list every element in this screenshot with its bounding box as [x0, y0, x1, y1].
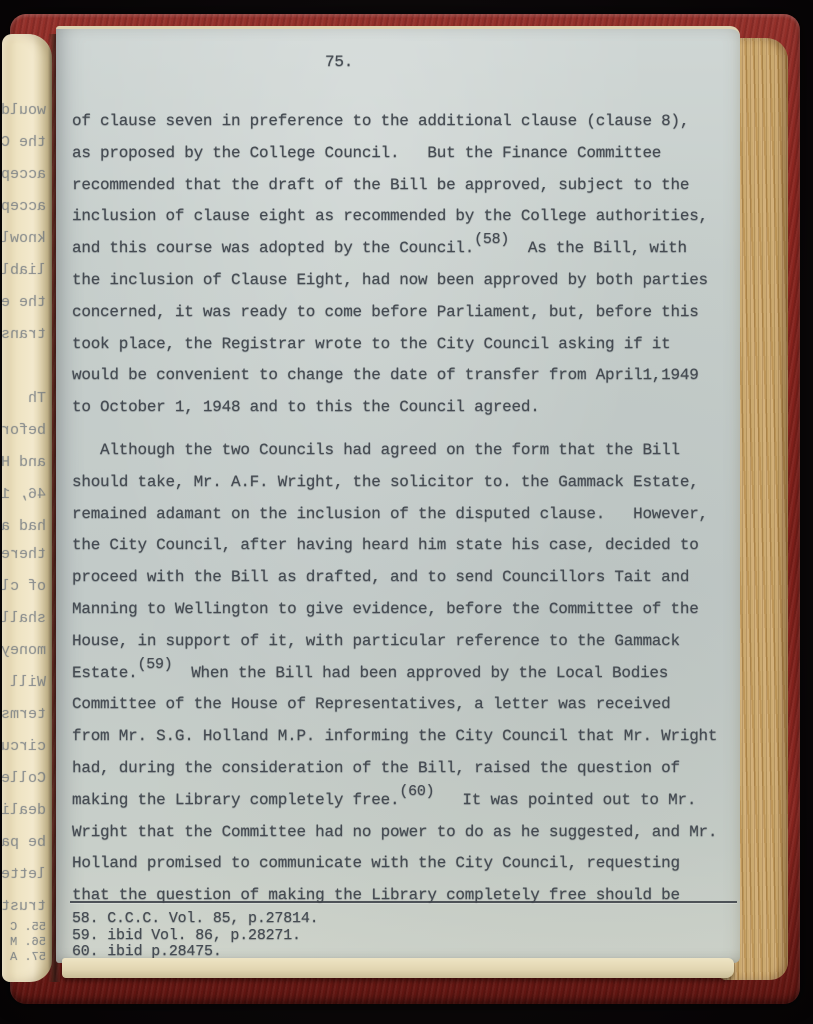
page-body: of clause seven in preference to the add… [72, 106, 736, 912]
text-line: inclusion of clause eight as recommended… [72, 201, 736, 233]
text-segment: from Mr. S.G. Holland M.P. informing the… [72, 727, 717, 745]
text-line: the City Council, after having heard him… [72, 530, 736, 562]
ghost-text-fragment: liabl [2, 262, 46, 279]
footnote-marker: (58) [474, 231, 509, 248]
text-line: proceed with the Bill as drafted, and to… [72, 562, 736, 594]
ghost-text-fragment: trans [2, 326, 46, 343]
ghost-text-fragment: 57. A [10, 950, 46, 964]
text-line: Committee of the House of Representative… [72, 689, 736, 721]
ghost-text-fragment: money [2, 642, 46, 659]
text-segment: remained adamant on the inclusion of the… [72, 505, 708, 523]
ghost-text-fragment: Will [10, 674, 46, 691]
text-segment: recommended that the draft of the Bill b… [72, 176, 689, 194]
text-segment: It was pointed out to Mr. [434, 791, 696, 809]
ghost-text-fragment: had a [2, 518, 46, 535]
paragraph: Although the two Councils had agreed on … [72, 435, 736, 912]
text-segment: would be convenient to change the date o… [72, 366, 699, 384]
text-line: Manning to Wellington to give evidence, … [72, 594, 736, 626]
text-line: and this course was adopted by the Counc… [72, 233, 736, 265]
ghost-text-fragment: 56. M [10, 935, 46, 949]
ghost-text-fragment: trust [2, 898, 46, 915]
ghost-text-fragment: the e [2, 294, 46, 311]
text-line: that the question of making the Library … [72, 880, 736, 912]
text-line: should take, Mr. A.F. Wright, the solici… [72, 467, 736, 499]
text-line: as proposed by the College Council. But … [72, 138, 736, 170]
text-line: Wright that the Committee had no power t… [72, 817, 736, 849]
text-segment: Manning to Wellington to give evidence, … [72, 600, 699, 618]
ghost-text-fragment: accep [2, 198, 46, 215]
text-segment: the City Council, after having heard him… [72, 536, 699, 554]
ghost-text-fragment: lette [2, 866, 46, 883]
ghost-text-fragment: the C [2, 134, 46, 151]
ghost-text-fragment: be pa [2, 834, 46, 851]
text-line: House, in support of it, with particular… [72, 626, 736, 658]
ghost-text-fragment: of cl [2, 578, 46, 595]
ghost-text-fragment: 46, 1 [2, 486, 46, 503]
footnote-marker: (59) [137, 656, 172, 673]
text-line: Although the two Councils had agreed on … [72, 435, 736, 467]
text-segment: making the Library completely free. [72, 791, 399, 809]
ghost-text-fragment: there [2, 546, 46, 563]
footnote-marker: (60) [399, 783, 434, 800]
text-segment: Holland promised to communicate with the… [72, 854, 680, 872]
text-segment: Estate. [72, 664, 137, 682]
previous-page: wouldthe Caccepaccepknowlliablthe etrans… [2, 34, 52, 982]
photo-background: wouldthe Caccepaccepknowlliablthe etrans… [0, 0, 813, 1024]
text-segment: the inclusion of Clause Eight, had now b… [72, 271, 708, 289]
text-line: making the Library completely free.(60) … [72, 785, 736, 817]
ghost-text-fragment: circu [2, 738, 46, 755]
text-line: remained adamant on the inclusion of the… [72, 499, 736, 531]
underlying-page-edge [62, 958, 734, 978]
ghost-text-fragment: shall [2, 610, 46, 627]
footnote: 58. C.C.C. Vol. 85, p.27814. [72, 911, 318, 928]
text-segment: took place, the Registrar wrote to the C… [72, 335, 671, 353]
text-segment: Although the two Councils had agreed on … [72, 441, 680, 459]
text-segment: Wright that the Committee had no power t… [72, 823, 717, 841]
text-segment: concerned, it was ready to come before P… [72, 303, 699, 321]
paragraph: of clause seven in preference to the add… [72, 106, 736, 424]
ghost-text-fragment: and H [2, 454, 46, 471]
text-segment: and this course was adopted by the Counc… [72, 239, 474, 257]
page: 75. of clause seven in preference to the… [56, 26, 740, 963]
text-line: Estate.(59) When the Bill had been appro… [72, 658, 736, 690]
text-line: Holland promised to communicate with the… [72, 848, 736, 880]
text-segment: As the Bill, with [509, 239, 687, 257]
text-line: recommended that the draft of the Bill b… [72, 170, 736, 202]
text-segment: Committee of the House of Representative… [72, 695, 671, 713]
ghost-text-fragment: 55. C [10, 920, 46, 934]
text-segment: inclusion of clause eight as recommended… [72, 207, 708, 225]
text-line: of clause seven in preference to the add… [72, 106, 736, 138]
ghost-text-fragment: Th [28, 390, 46, 407]
footnote: 59. ibid Vol. 86, p.28271. [72, 928, 318, 945]
text-line: took place, the Registrar wrote to the C… [72, 329, 736, 361]
footnotes: 58. C.C.C. Vol. 85, p.27814.59. ibid Vol… [72, 911, 318, 961]
ghost-text-fragment: knowl [2, 230, 46, 247]
text-line: the inclusion of Clause Eight, had now b… [72, 265, 736, 297]
text-segment: proceed with the Bill as drafted, and to… [72, 568, 689, 586]
text-segment: When the Bill had been approved by the L… [172, 664, 668, 682]
ghost-text-fragment: Colle [2, 770, 46, 787]
ghost-text-fragment: befor [2, 422, 46, 439]
text-segment: had, during the consideration of the Bil… [72, 759, 680, 777]
text-line: would be convenient to change the date o… [72, 360, 736, 392]
text-segment: House, in support of it, with particular… [72, 632, 680, 650]
footnote-rule [70, 901, 737, 903]
text-line: concerned, it was ready to come before P… [72, 297, 736, 329]
text-line: to October 1, 1948 and to this the Counc… [72, 392, 736, 424]
ghost-text-fragment: terms [2, 706, 46, 723]
text-segment: as proposed by the College Council. But … [72, 144, 661, 162]
ghost-text-fragment: would [2, 102, 46, 119]
text-segment: to October 1, 1948 and to this the Counc… [72, 398, 540, 416]
text-line: from Mr. S.G. Holland M.P. informing the… [72, 721, 736, 753]
ghost-text-fragment: deali [2, 802, 46, 819]
text-line: had, during the consideration of the Bil… [72, 753, 736, 785]
text-segment: of clause seven in preference to the add… [72, 112, 689, 130]
previous-page-text: wouldthe Caccepaccepknowlliablthe etrans… [2, 34, 52, 982]
ghost-text-fragment: accep [2, 166, 46, 183]
page-number: 75. [325, 53, 353, 71]
text-segment: should take, Mr. A.F. Wright, the solici… [72, 473, 699, 491]
